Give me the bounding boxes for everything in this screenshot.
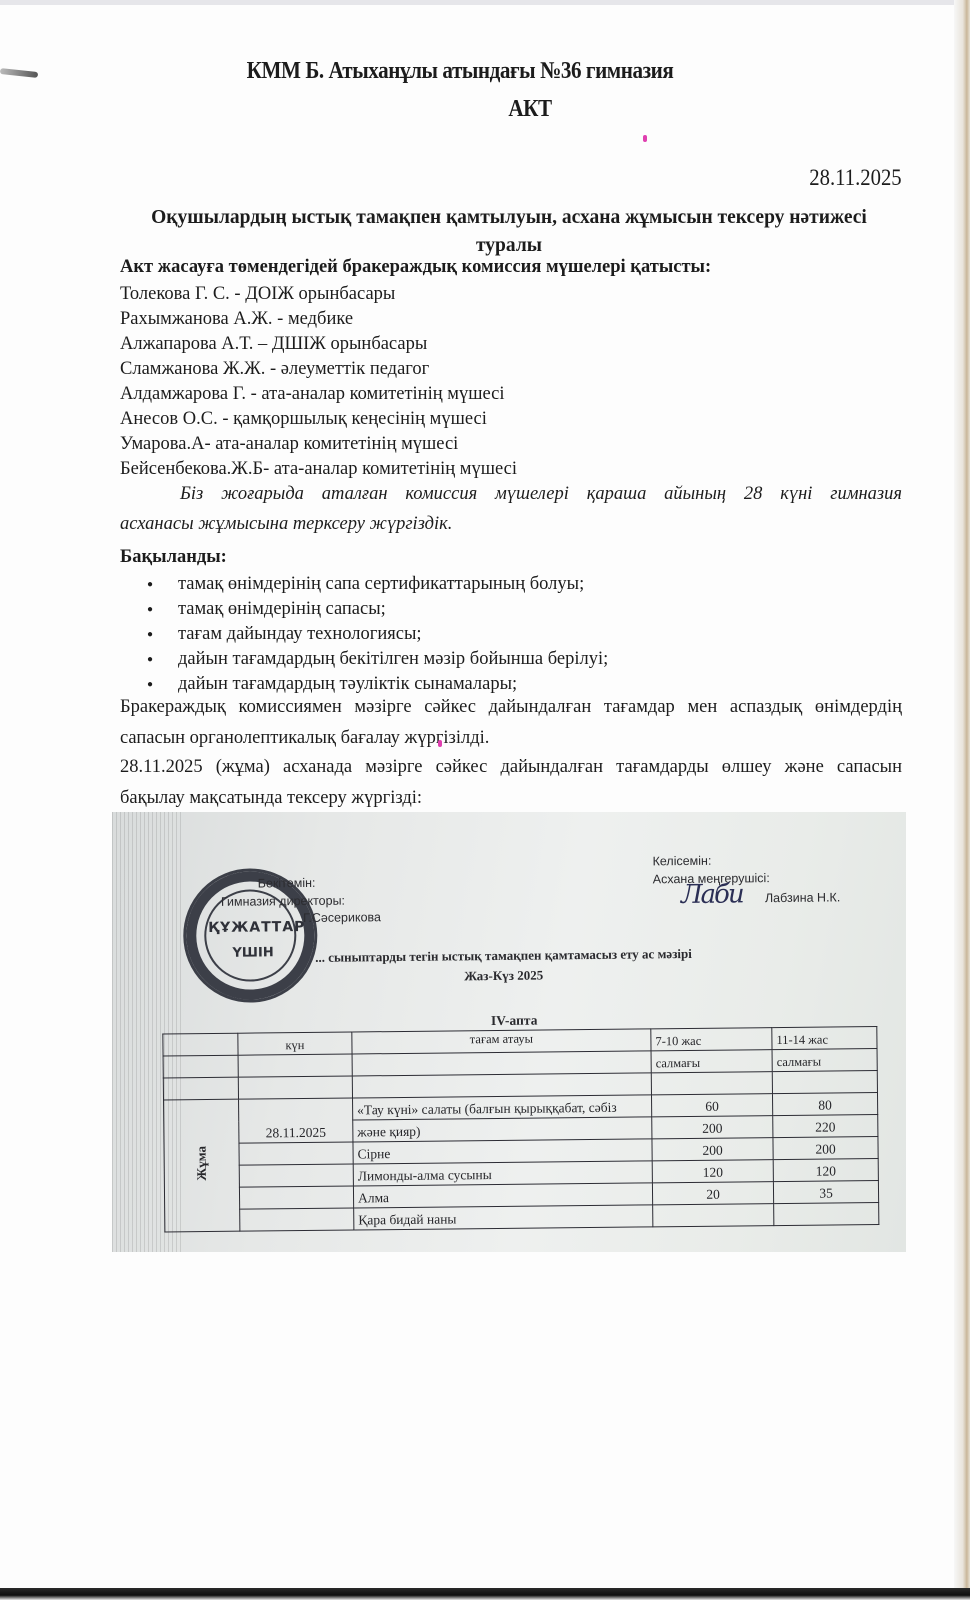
- stamp-text: ҚҰЖАТТАР: [208, 919, 305, 936]
- header-weight-2: салмағы: [772, 1049, 877, 1072]
- agreed-label: Келісемін:: [652, 854, 711, 869]
- paragraph-2-line-2: бақылау мақсатында тексеру жүргізді:: [120, 788, 422, 809]
- paragraph-1-line-1: Бракераждық комиссиямен мәзірге сәйкес д…: [120, 697, 902, 718]
- document-date: 28.11.2025: [810, 165, 902, 191]
- weight-7-10: 200: [652, 1138, 773, 1161]
- paragraph-1-line-2: сапасын органолептикалық бағалау жүргізі…: [120, 728, 489, 749]
- commission-member: Рахымжанова А.Ж. - медбике: [120, 309, 353, 330]
- paragraph-2-line-1: 28.11.2025 (жұма) асханада мәзірге сәйке…: [120, 757, 902, 778]
- dish-name: және қияр): [353, 1117, 652, 1142]
- weight-11-14: 35: [773, 1180, 878, 1203]
- header-age-11-14: 11-14 жас: [772, 1027, 877, 1050]
- observed-item: дайын тағамдардың тәуліктік сынамалары;: [152, 674, 517, 695]
- weight-11-14: 80: [772, 1092, 877, 1115]
- weight-11-14: 200: [773, 1136, 878, 1159]
- weight-7-10: 200: [652, 1116, 773, 1139]
- header-dish: тағам атауы: [352, 1029, 651, 1054]
- dish-name: «Тау күні» салаты (балғын қырыққабат, сә…: [353, 1095, 652, 1120]
- weekday-label: Жұма: [194, 1146, 210, 1181]
- page-bottom-edge: [0, 1588, 970, 1600]
- document-subject: Оқушылардың ыстық тамақпен қамтылуын, ас…: [118, 204, 900, 260]
- dish-name: Алма: [353, 1183, 652, 1208]
- document-type: АКТ: [125, 96, 935, 123]
- header-day: күн: [238, 1032, 352, 1055]
- header-age-7-10: 7-10 жас: [651, 1028, 772, 1051]
- approved-name: Г.Сәсерикова: [303, 910, 381, 925]
- header-weight-1: салмағы: [651, 1050, 772, 1073]
- signature: Лаби: [681, 879, 743, 910]
- scanned-menu-image: ҚҰЖАТТАР ҮШІН Бекітемін: Гимназия директ…: [112, 812, 906, 1252]
- page-top-edge: [0, 0, 970, 5]
- dish-name: Лимонды-алма сусыны: [353, 1161, 652, 1186]
- weight-7-10: 120: [652, 1160, 773, 1183]
- weight-7-10: 60: [651, 1094, 772, 1117]
- ink-dot: [643, 135, 647, 142]
- subject-line-1: Оқушылардың ыстық тамақпен қамтылуын, ас…: [118, 204, 900, 232]
- weight-11-14: 120: [773, 1158, 878, 1181]
- commission-member: Сламжанова Ж.Ж. - әлеуметтік педагог: [120, 359, 429, 380]
- menu-table: күн тағам атауы 7-10 жас 11-14 жас салма…: [162, 1026, 879, 1232]
- weight-11-14: [774, 1202, 879, 1225]
- observed-item: тағам дайындау технологиясы;: [152, 624, 422, 645]
- commission-member: Умарова.А- ата-аналар комитетінің мүшесі: [120, 434, 458, 455]
- observed-item: дайын тағамдардың бекітілген мәзір бойын…: [152, 649, 608, 670]
- observed-item: тамақ өнімдерінің сапа сертификаттарының…: [152, 574, 584, 595]
- weight-7-10: 20: [652, 1182, 773, 1205]
- statement-line-2: асханасы жұмысына терксеру жүргіздік.: [120, 514, 452, 535]
- weight-11-14: 220: [773, 1114, 878, 1137]
- commission-member: Алжапарова А.Т. – ДШІЖ орынбасары: [120, 334, 427, 355]
- menu-season: Жаз-Күз 2025: [264, 965, 744, 986]
- pen-mark: [0, 68, 38, 78]
- observed-heading: Бақыланды:: [120, 547, 227, 568]
- approved-role: Гимназия директоры:: [221, 894, 345, 909]
- menu-title: ... сыныптарды тегін ыстық тамақпен қамт…: [263, 945, 743, 966]
- organization-title: КММ Б. Атыханұлы атындағы №36 гимназия: [55, 58, 865, 85]
- ink-dot: [438, 740, 442, 747]
- observed-item: тамақ өнімдерінің сапасы;: [152, 599, 386, 620]
- subject-line-2: туралы: [118, 232, 900, 260]
- dish-name: Сірне: [353, 1139, 652, 1164]
- menu-date: 28.11.2025: [239, 1098, 353, 1143]
- commission-member: Бейсенбекова.Ж.Б- ата-аналар комитетінің…: [120, 459, 517, 480]
- weight-7-10: [653, 1204, 774, 1227]
- dish-name: Қара бидай наны: [354, 1205, 653, 1230]
- page-right-edge: [954, 0, 970, 1590]
- agreed-name: Лабзина Н.К.: [765, 890, 840, 905]
- statement-line-1: Біз жоғарыда аталған комиссия мүшелері қ…: [180, 484, 902, 505]
- commission-member: Анесов О.С. - қамқоршылық кеңесінің мүше…: [120, 409, 487, 430]
- commission-member: Алдамжарова Г. - ата-аналар комитетінің …: [120, 384, 504, 405]
- commission-intro: Акт жасауға төмендегідей бракераждық ком…: [120, 257, 711, 278]
- commission-member: Толекова Г. С. - ДОІЖ орынбасары: [120, 284, 395, 305]
- menu-week: IV-апта: [414, 1012, 614, 1030]
- approved-label: Бекітемін:: [258, 876, 316, 891]
